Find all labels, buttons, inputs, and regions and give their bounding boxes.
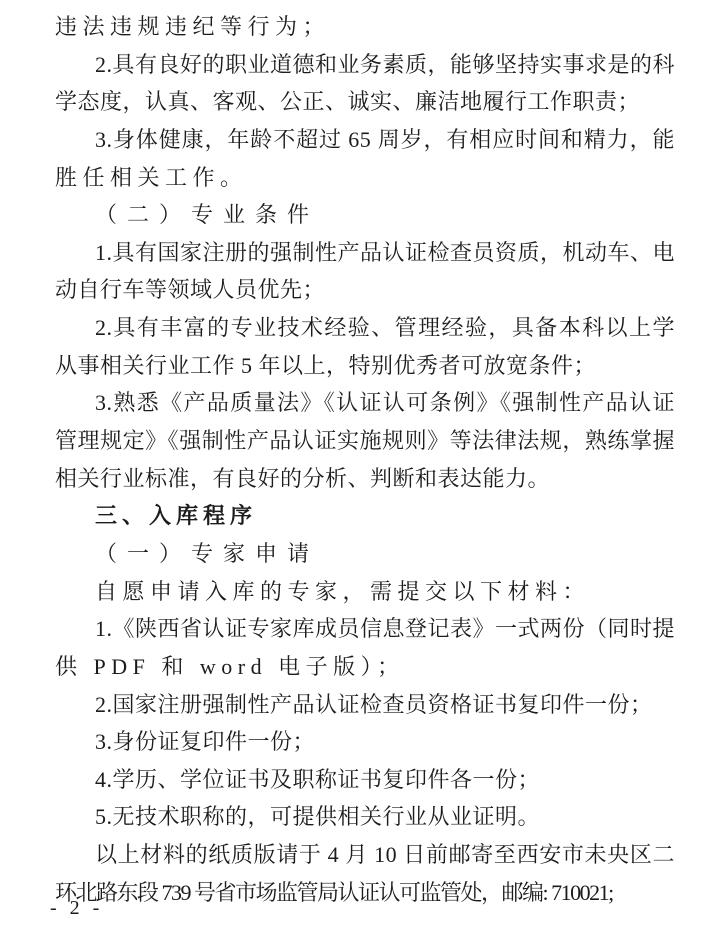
body-line: 2.具有丰富的专业技术经验、管理经验，具备本科以上学历， [55, 309, 675, 347]
body-line: 相关行业标准，有良好的分析、判断和表达能力。 [55, 460, 675, 498]
body-line: 违法违规违纪等行为； [55, 8, 675, 46]
body-line: 管理规定》《强制性产品认证实施规则》等法律法规，熟练掌握 [55, 422, 675, 460]
body-line: 以上材料的纸质版请于 4 月 10 日前邮寄至西安市未央区二 [55, 836, 675, 874]
scanned-document-page: 违法违规违纪等行为； 2.具有良好的职业道德和业务素质，能够坚持实事求是的科 学… [0, 0, 723, 935]
body-line: 供 PDF 和 word 电子版）； [55, 648, 675, 686]
heading-subsection-1: （一）专家申请 [55, 535, 675, 573]
body-line: 3.熟悉《产品质量法》《认证认可条例》《强制性产品认证 [55, 384, 675, 422]
body-line: 4.学历、学位证书及职称证书复印件各一份； [55, 761, 675, 799]
body-line: 1.《陕西省认证专家库成员信息登记表》一式两份（同时提 [55, 610, 675, 648]
body-line: 1.具有国家注册的强制性产品认证检查员资质，机动车、电 [55, 234, 675, 272]
body-line: 环北路东段 739 号省市场监管局认证认可监管处，邮编: 710021; [55, 874, 675, 912]
body-line: 2.具有良好的职业道德和业务素质，能够坚持实事求是的科 [55, 46, 675, 84]
body-line: 5.无技术职称的，可提供相关行业从业证明。 [55, 798, 675, 836]
page-number: - 2 - [50, 897, 103, 920]
body-line: 从事相关行业工作 5 年以上，特别优秀者可放宽条件； [55, 347, 675, 385]
body-line: 动自行车等领域人员优先； [55, 271, 675, 309]
body-line: 自愿申请入库的专家，需提交以下材料： [55, 573, 675, 611]
body-line: 2.国家注册强制性产品认证检查员资格证书复印件一份； [55, 686, 675, 724]
body-line: 3.身体健康，年龄不超过 65 周岁，有相应时间和精力，能够 [55, 121, 675, 159]
body-line: 3.身份证复印件一份； [55, 723, 675, 761]
heading-section-3: 三、入库程序 [55, 497, 675, 535]
heading-subsection-2: （二）专业条件 [55, 196, 675, 234]
body-line: 胜任相关工作。 [55, 159, 675, 197]
document-body: 违法违规违纪等行为； 2.具有良好的职业道德和业务素质，能够坚持实事求是的科 学… [55, 8, 675, 911]
body-line: 学态度，认真、客观、公正、诚实、廉洁地履行工作职责； [55, 83, 675, 121]
